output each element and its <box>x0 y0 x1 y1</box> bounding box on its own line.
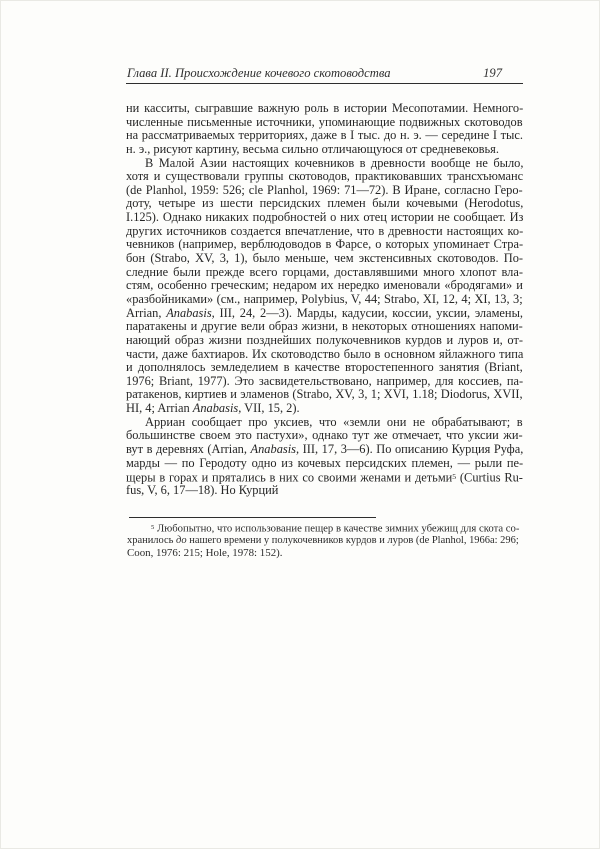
text-line: большинстве своем это пастухи», однако т… <box>126 429 523 443</box>
text-line: чевников (например, верблюдоводов в Фарс… <box>126 238 523 252</box>
text-line: щеры в горах и прятались в них со своими… <box>126 470 523 484</box>
text-line: В Малой Азии настоящих кочевников в древ… <box>126 157 523 171</box>
text-line: доту, четыре из шести персидских племен … <box>126 197 523 211</box>
text-line: на рассматриваемых территориях, даже в I… <box>126 129 523 143</box>
text-line: «разбойниками» (см., например, Polybius,… <box>126 293 523 307</box>
paragraph: Арриан сообщает про уксиев, что «земли о… <box>126 416 523 498</box>
text-line: численные письменные источники, упоминаю… <box>126 116 523 130</box>
text-line: ни касситы, сыгравшие важную роль в исто… <box>126 102 523 116</box>
text-line: нающий образ жизни позднейших полукочевн… <box>126 334 523 348</box>
page-header: Глава II. Происхождение кочевого скотово… <box>126 64 523 84</box>
text-line: HI, 4; Arrian Anabasis, VII, 15, 2). <box>126 402 523 416</box>
text-line: ратакенов, киртиев и эламенов (Strabo, X… <box>126 388 523 402</box>
text-line: хотя и существовали группы скотоводов, п… <box>126 170 523 184</box>
text-line: fus, V, 6, 17—18). Но Курций <box>126 484 523 498</box>
text-line: стям, особенно греческим; недаром их нер… <box>126 279 523 293</box>
body-text: ни касситы, сыгравшие важную роль в исто… <box>126 102 523 498</box>
text-line: I.125). Однако никаких подробностей о ни… <box>126 211 523 225</box>
text-line: (de Planhol, 1959: 526; cle Planhol, 196… <box>126 184 523 198</box>
text-line: марды — по Геродоту одно из кочевых перс… <box>126 457 523 471</box>
text-line: части, даже бахтиаров. Их скотоводство б… <box>126 348 523 362</box>
text-line: хранилось до нашего времени у полукочевн… <box>127 534 519 547</box>
page-number: 197 <box>483 66 502 81</box>
text-line: 5 Любопытно, что использование пещер в к… <box>127 521 519 534</box>
text-line: бон (Strabo, XV, 3, 1), было меньше, чем… <box>126 252 523 266</box>
text-line: н. э., рисуют картину, весьма сильно отл… <box>126 143 523 157</box>
text-line: Арриан сообщает про уксиев, что «земли о… <box>126 416 523 430</box>
text-line: 1976; Briant, 1977). Это засвидетельство… <box>126 375 523 389</box>
text-line: паратакены и другие вели образ жизни, в … <box>126 320 523 334</box>
text-line: других источников создается впечатление,… <box>126 225 523 239</box>
paragraph: ни касситы, сыгравшие важную роль в исто… <box>126 102 523 157</box>
text-line: вут в деревнях (Arrian, Anabasis, III, 1… <box>126 443 523 457</box>
book-page: Глава II. Происхождение кочевого скотово… <box>0 0 600 849</box>
text-line: Arrian, Anabasis, III, 24, 2—3). Марды, … <box>126 307 523 321</box>
running-title: Глава II. Происхождение кочевого скотово… <box>127 66 391 81</box>
footnote: 5 Любопытно, что использование пещер в к… <box>127 521 519 560</box>
text-line: следние были прежде всего горцами, доста… <box>126 266 523 280</box>
paragraph: В Малой Азии настоящих кочевников в древ… <box>126 157 523 416</box>
footnote-separator <box>129 517 376 518</box>
text-line: Coon, 1976: 215; Hole, 1978: 152). <box>127 547 519 560</box>
text-line: и дополнялось земледелием в качестве вто… <box>126 361 523 375</box>
